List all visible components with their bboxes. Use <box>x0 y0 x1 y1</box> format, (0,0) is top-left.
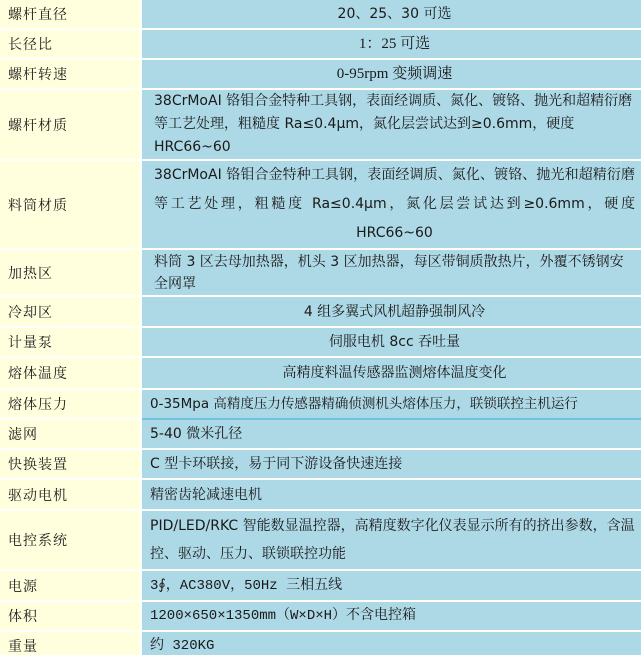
row-value: 38CrMoAI 铬钼合金特种工具钢，表面经调质、氮化、镀铬、抛光和超精衍磨等工… <box>142 90 641 161</box>
row-value: 38CrMoAI 铬钼合金特种工具钢，表面经调质、氮化、镀铬、抛光和超精衍磨等工… <box>142 161 641 250</box>
row-value: 4 组多翼式风机超静强制风冷 <box>142 297 641 328</box>
table-row: 螺杆转速 0-95rpm 变频调速 <box>0 60 641 90</box>
spec-table: 螺杆直径 20、25、30 可选 长径比 1：25 可选 螺杆转速 0-95rp… <box>0 0 641 655</box>
row-value: 0-95rpm 变频调速 <box>142 60 641 90</box>
row-label: 螺杆材质 <box>0 90 142 161</box>
row-value: 1：25 可选 <box>142 30 641 60</box>
row-label: 重量 <box>0 632 142 655</box>
row-value: 1200×650×1350mm（W×D×H）不含电控箱 <box>142 602 641 632</box>
table-row: 熔体温度 高精度料温传感器监测熔体温度变化 <box>0 358 641 390</box>
table-row: 快换装置 C 型卡环联接，易于同下游设备快速连接 <box>0 450 641 480</box>
row-label: 电源 <box>0 571 142 602</box>
row-label: 熔体温度 <box>0 358 142 390</box>
table-row: 螺杆材质 38CrMoAI 铬钼合金特种工具钢，表面经调质、氮化、镀铬、抛光和超… <box>0 90 641 161</box>
table-row: 螺杆直径 20、25、30 可选 <box>0 0 641 30</box>
row-label: 冷却区 <box>0 297 142 328</box>
table-row: 重量 约 320KG <box>0 632 641 655</box>
table-row: 长径比 1：25 可选 <box>0 30 641 60</box>
table-row: 驱动电机 精密齿轮减速电机 <box>0 480 641 511</box>
table-row: 加热区 料筒 3 区去母加热器，机头 3 区加热器，每区带铜质散热片，外覆不锈钢… <box>0 250 641 297</box>
row-label: 快换装置 <box>0 450 142 480</box>
row-value: 高精度料温传感器监测熔体温度变化 <box>142 358 641 390</box>
row-value: 0-35Mpa 高精度压力传感器精确侦测机头熔体压力，联锁联控主机运行 <box>142 390 641 420</box>
row-label: 熔体压力 <box>0 390 142 420</box>
row-value: PID/LED/RKC 智能数显温控器，高精度数字化仪表显示所有的挤出参数，含温… <box>142 511 641 571</box>
table-row: 熔体压力 0-35Mpa 高精度压力传感器精确侦测机头熔体压力，联锁联控主机运行 <box>0 390 641 420</box>
table-row: 滤网 5-40 微米孔径 <box>0 420 641 450</box>
row-value: 5-40 微米孔径 <box>142 420 641 450</box>
row-label: 料筒材质 <box>0 161 142 250</box>
table-row: 体积 1200×650×1350mm（W×D×H）不含电控箱 <box>0 602 641 632</box>
row-value: 约 320KG <box>142 632 641 655</box>
row-value: 精密齿轮减速电机 <box>142 480 641 511</box>
table-row: 电源 3∮，AC380V，50Hz 三相五线 <box>0 571 641 602</box>
row-label: 滤网 <box>0 420 142 450</box>
row-label: 加热区 <box>0 250 142 297</box>
row-label: 驱动电机 <box>0 480 142 511</box>
table-row: 计量泵 伺服电机 8cc 吞吐量 <box>0 328 641 358</box>
row-value: 料筒 3 区去母加热器，机头 3 区加热器，每区带铜质散热片，外覆不锈钢安全网罩 <box>142 250 641 297</box>
row-value: C 型卡环联接，易于同下游设备快速连接 <box>142 450 641 480</box>
row-label: 长径比 <box>0 30 142 60</box>
row-label: 电控系统 <box>0 511 142 571</box>
row-label: 计量泵 <box>0 328 142 358</box>
row-label: 体积 <box>0 602 142 632</box>
table-row: 电控系统 PID/LED/RKC 智能数显温控器，高精度数字化仪表显示所有的挤出… <box>0 511 641 571</box>
row-label: 螺杆直径 <box>0 0 142 30</box>
row-value: 20、25、30 可选 <box>142 0 641 30</box>
table-row: 料筒材质 38CrMoAI 铬钼合金特种工具钢，表面经调质、氮化、镀铬、抛光和超… <box>0 161 641 250</box>
row-value: 伺服电机 8cc 吞吐量 <box>142 328 641 358</box>
table-row: 冷却区 4 组多翼式风机超静强制风冷 <box>0 297 641 328</box>
row-label: 螺杆转速 <box>0 60 142 90</box>
row-value: 3∮，AC380V，50Hz 三相五线 <box>142 571 641 602</box>
